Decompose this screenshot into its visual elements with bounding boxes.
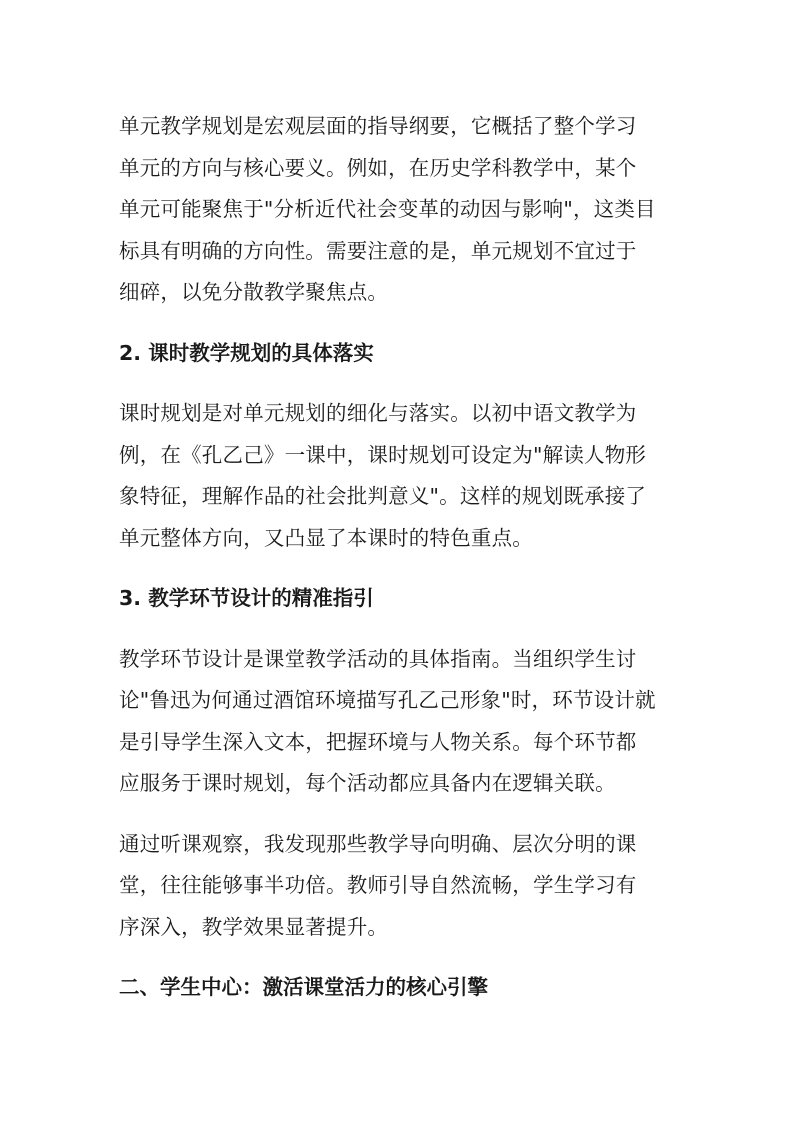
paragraph-teaching-steps: 教学环节设计是课堂教学活动的具体指南。当组织学生讨 论"鲁迅为何通过酒馆环境描写… xyxy=(119,639,679,805)
chapter-heading-student-center: 二、学生中心：激活课堂活力的核心引擎 xyxy=(119,967,679,1009)
text-line: 单元整体方向，又凸显了本课时的特色重点。 xyxy=(119,518,679,560)
text-line: 序深入，教学效果显著提升。 xyxy=(119,907,679,949)
document-page: 单元教学规划是宏观层面的指导纲要，它概括了整个学习 单元的方向与核心要义。例如，… xyxy=(119,106,679,1009)
paragraph-lesson-planning: 课时规划是对单元规划的细化与落实。以初中语文教学为 例，在《孔乙己》一课中，课时… xyxy=(119,393,679,559)
section-heading-2: 2. 课时教学规划的具体落实 xyxy=(119,333,679,375)
section-heading-3: 3. 教学环节设计的精准指引 xyxy=(119,578,679,620)
text-line: 教学环节设计是课堂教学活动的具体指南。当组织学生讨 xyxy=(119,639,679,681)
text-line: 例，在《孔乙己》一课中，课时规划可设定为"解读人物形 xyxy=(119,435,679,477)
text-line: 单元教学规划是宏观层面的指导纲要，它概括了整个学习 xyxy=(119,106,679,148)
text-line: 应服务于课时规划，每个活动都应具备内在逻辑关联。 xyxy=(119,763,679,805)
text-line: 堂，往往能够事半功倍。教师引导自然流畅，学生学习有 xyxy=(119,865,679,907)
paragraph-observation: 通过听课观察，我发现那些教学导向明确、层次分明的课 堂，往往能够事半功倍。教师引… xyxy=(119,824,679,949)
text-line: 标具有明确的方向性。需要注意的是，单元规划不宜过于 xyxy=(119,231,679,273)
text-line: 通过听课观察，我发现那些教学导向明确、层次分明的课 xyxy=(119,824,679,866)
text-line: 单元的方向与核心要义。例如，在历史学科教学中，某个 xyxy=(119,148,679,190)
paragraph-unit-planning: 单元教学规划是宏观层面的指导纲要，它概括了整个学习 单元的方向与核心要义。例如，… xyxy=(119,106,679,314)
text-line: 细碎，以免分散教学聚焦点。 xyxy=(119,272,679,314)
text-line: 课时规划是对单元规划的细化与落实。以初中语文教学为 xyxy=(119,393,679,435)
text-line: 是引导学生深入文本，把握环境与人物关系。每个环节都 xyxy=(119,722,679,764)
text-line: 象特征，理解作品的社会批判意义"。这样的规划既承接了 xyxy=(119,476,679,518)
text-line: 单元可能聚焦于"分析近代社会变革的动因与影响"，这类目 xyxy=(119,189,679,231)
text-line: 论"鲁迅为何通过酒馆环境描写孔乙己形象"时，环节设计就 xyxy=(119,680,679,722)
